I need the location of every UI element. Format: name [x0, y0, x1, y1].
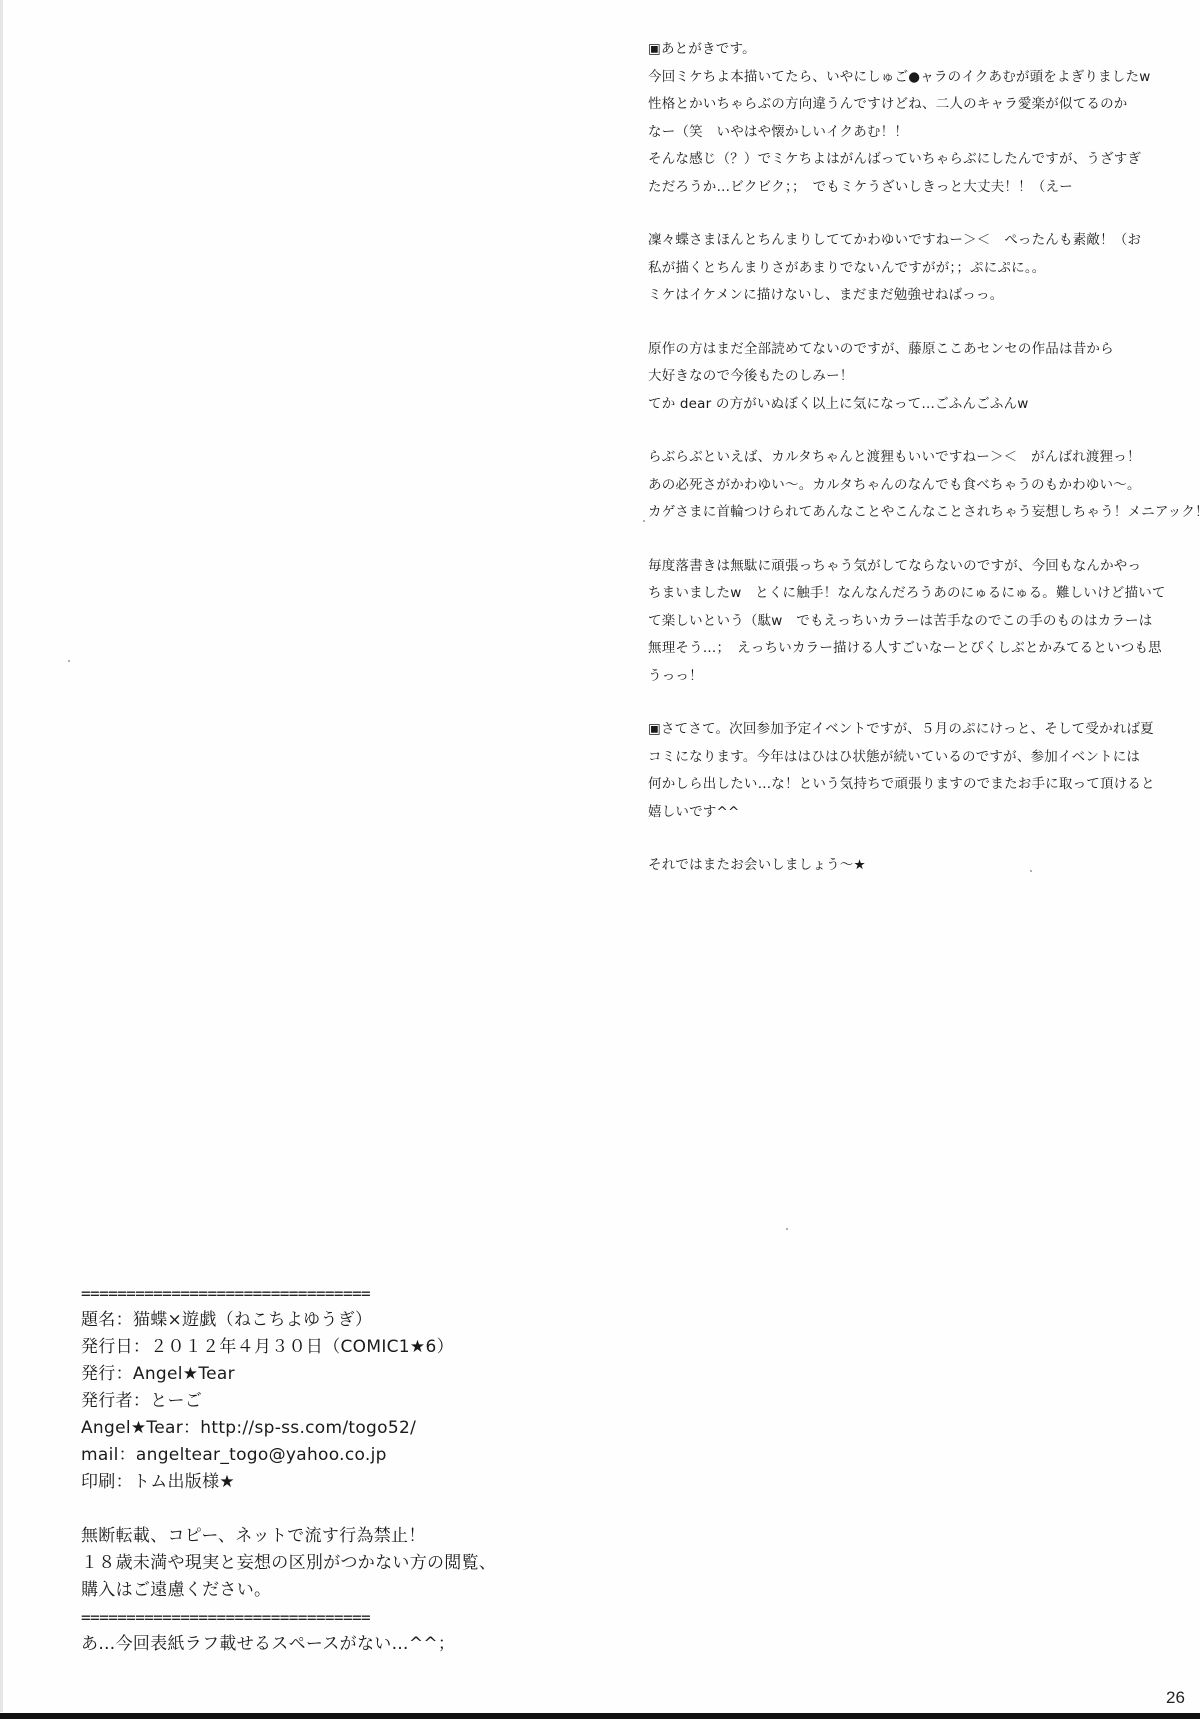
afterword-line: カゲさまに首輪つけられてあんなことやこんなことされちゃう妄想しちゃう！メニアック… — [648, 499, 1168, 527]
scan-speck — [68, 660, 70, 662]
document-page: ▣あとがきです。 今回ミケちよ本描いてたら、いやにしゅご●ャラのイクあむが頭をよ… — [0, 0, 1200, 1719]
afterword-line: 嬉しいです^^ — [648, 799, 1168, 827]
notice-line: １８歳未満や現実と妄想の区別がつかない方の閲覧、 — [81, 1550, 521, 1577]
afterword-line: ▣あとがきです。 — [648, 36, 1168, 64]
afterword-line: うっっ！ — [648, 663, 1168, 691]
spacer — [81, 1496, 521, 1523]
afterword-line: 私が描くとちんまりさがあまりでないんですがが；；ぷにぷに。。 — [648, 255, 1168, 283]
colophon-issuer: 発行者：とーご — [81, 1388, 521, 1415]
divider-rule: ================================ — [81, 1280, 513, 1307]
page-number: 26 — [1166, 1688, 1185, 1708]
afterword-line: 凜々蝶さまほんとちんまりしててかわゆいですねー＞＜ ぺったんも素敵！（お — [648, 227, 1168, 255]
colophon-mail: mail：angeltear_togo@yahoo.co.jp — [81, 1442, 521, 1469]
afterword-line: 性格とかいちゃらぶの方向違うんですけどね、二人のキャラ愛楽が似てるのか — [648, 91, 1168, 119]
afterword-paragraph-karuta: らぶらぶといえば、カルタちゃんと渡狸もいいですねー＞＜ がんばれ渡狸っ！ あの必… — [648, 444, 1168, 527]
afterword-line: てか dear の方がいぬぼく以上に気になって…ごふんごふんw — [648, 391, 1168, 419]
afterword-line: それではまたお会いしましょう～★ — [648, 852, 1168, 880]
afterword-line: 無理そう…； えっちいカラー描ける人すごいなーとぴくしぶとかみてるといつも思 — [648, 635, 1168, 663]
scan-speck — [786, 1228, 788, 1230]
afterword-line: 原作の方はまだ全部読めてないのですが、藤原ここあセンセの作品は昔から — [648, 336, 1168, 364]
divider-rule: ================================ — [81, 1604, 513, 1631]
afterword-line: ちまいましたw とくに触手！なんなんだろうあのにゅるにゅる。難しいけど描いて — [648, 580, 1168, 608]
page-edge-shadow — [0, 0, 3, 1712]
afterword-line: なー（笑 いやはや懐かしいイクあむ！！ — [648, 119, 1168, 147]
afterword-paragraph-ririchiyo: 凜々蝶さまほんとちんまりしててかわゆいですねー＞＜ ぺったんも素敵！（お 私が描… — [648, 227, 1168, 310]
afterword-paragraph-intro: ▣あとがきです。 今回ミケちよ本描いてたら、いやにしゅご●ャラのイクあむが頭をよ… — [648, 36, 1168, 201]
afterword-line: て楽しいという（駄w でもえっちいカラーは苦手なのでこの手のものはカラーは — [648, 608, 1168, 636]
colophon-issue-date: 発行日：２０１２年４月３０日（COMIC1★6） — [81, 1334, 521, 1361]
afterword-line: そんな感じ（？）でミケちよはがんばっていちゃらぶにしたんですが、うざすぎ — [648, 146, 1168, 174]
scan-bottom-edge — [0, 1713, 1200, 1719]
afterword-paragraph-original-work: 原作の方はまだ全部読めてないのですが、藤原ここあセンセの作品は昔から 大好きなの… — [648, 336, 1168, 419]
afterword-line: ミケはイケメンに描けないし、まだまだ勉強せねばっっ。 — [648, 282, 1168, 310]
afterword-section: ▣あとがきです。 今回ミケちよ本描いてたら、いやにしゅご●ャラのイクあむが頭をよ… — [648, 36, 1168, 906]
afterword-line: コミになります。今年ははひはひ状態が続いているのですが、参加イベントには — [648, 744, 1168, 772]
afterword-line: 毎度落書きは無駄に頑張っちゃう気がしてならないのですが、今回もなんかやっ — [648, 553, 1168, 581]
afterword-line: ▣さてさて。次回参加予定イベントですが、５月のぷにけっと、そして受かれば夏 — [648, 716, 1168, 744]
colophon-publisher: 発行：Angel★Tear — [81, 1361, 521, 1388]
scan-speck — [643, 520, 645, 522]
afterword-line: ただろうか…ビクビク；； でもミケうざいしきっと大丈夫！！（えー — [648, 174, 1168, 202]
afterword-line: あの必死さがかわゆい～。カルタちゃんのなんでも食べちゃうのもかわゆい～。 — [648, 472, 1168, 500]
colophon-footnote: あ…今回表紙ラフ載せるスペースがない…^^； — [81, 1631, 521, 1658]
afterword-paragraph-closing: それではまたお会いしましょう～★ — [648, 852, 1168, 880]
afterword-line: 何かしら出したい…な！という気持ちで頑張りますのでまたお手に取って頂けると — [648, 771, 1168, 799]
afterword-paragraph-doodles: 毎度落書きは無駄に頑張っちゃう気がしてならないのですが、今回もなんかやっ ちまい… — [648, 553, 1168, 691]
scan-speck — [1030, 870, 1032, 872]
colophon-title: 題名：猫蝶×遊戯（ねこちよゆうぎ） — [81, 1307, 521, 1334]
colophon-website: Angel★Tear：http://sp-ss.com/togo52/ — [81, 1415, 521, 1442]
afterword-line: 大好きなので今後もたのしみー！ — [648, 363, 1168, 391]
notice-line: 無断転載、コピー、ネットで流す行為禁止！ — [81, 1523, 521, 1550]
afterword-paragraph-events: ▣さてさて。次回参加予定イベントですが、５月のぷにけっと、そして受かれば夏 コミ… — [648, 716, 1168, 826]
afterword-line: らぶらぶといえば、カルタちゃんと渡狸もいいですねー＞＜ がんばれ渡狸っ！ — [648, 444, 1168, 472]
notice-line: 購入はご遠慮ください。 — [81, 1577, 521, 1604]
colophon-printer: 印刷：トム出版様★ — [81, 1469, 521, 1496]
colophon-block: ================================ 題名：猫蝶×遊… — [81, 1280, 521, 1658]
afterword-line: 今回ミケちよ本描いてたら、いやにしゅご●ャラのイクあむが頭をよぎりましたw — [648, 64, 1168, 92]
